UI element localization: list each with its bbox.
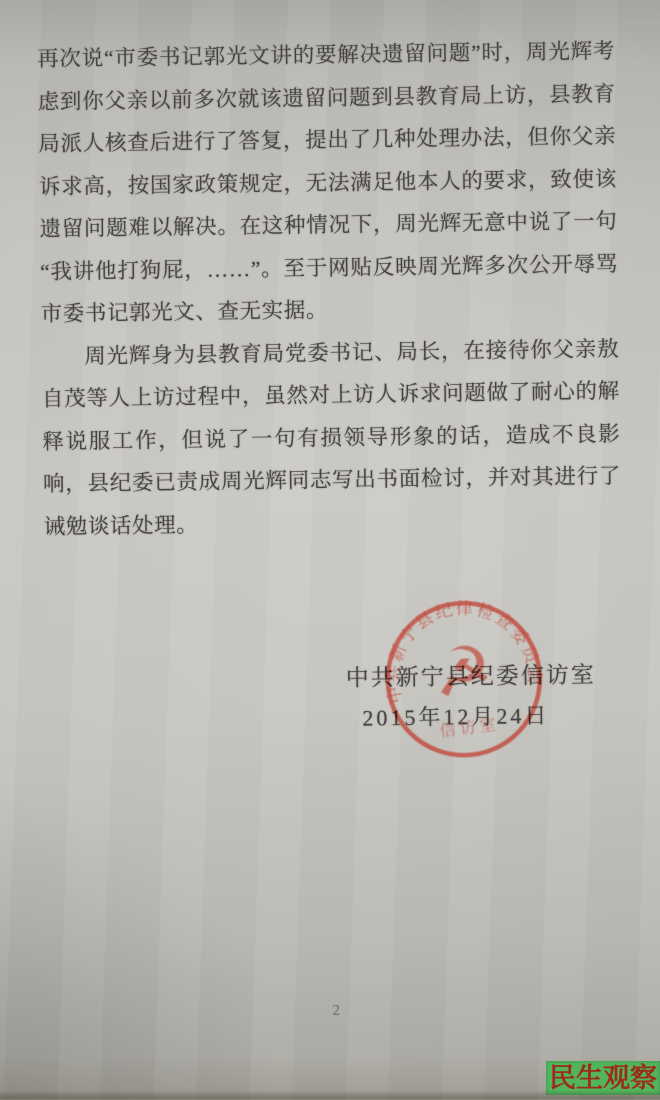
document-page: 再次说“市委书记郭光文讲的要解决遗留问题”时，周光辉考虑到你父亲以前多次就该遗留… bbox=[0, 0, 660, 1100]
body-paragraph-1: 再次说“市委书记郭光文讲的要解决遗留问题”时，周光辉考虑到你父亲以前多次就该遗留… bbox=[37, 30, 619, 336]
hammer-sickle-icon: ☭ bbox=[429, 630, 497, 713]
official-seal: 中共新宁县纪律检查委员会 ☭ 信访室 bbox=[369, 585, 558, 774]
body-text: 再次说“市委书记郭光文讲的要解决遗留问题”时，周光辉考虑到你父亲以前多次就该遗留… bbox=[37, 30, 622, 548]
body-paragraph-2: 周光辉身为县教育局党委书记、局长，在接待你父亲敖自茂等人上访过程中，虽然对上访人… bbox=[41, 327, 622, 548]
seal-bottom-text: 信访室 bbox=[439, 715, 501, 740]
page-number: 2 bbox=[332, 1003, 340, 1020]
document-photo: 再次说“市委书记郭光文讲的要解决遗留问题”时，周光辉考虑到你父亲以前多次就该遗留… bbox=[0, 0, 660, 1100]
watermark-badge: 民生观察 bbox=[546, 1061, 660, 1095]
